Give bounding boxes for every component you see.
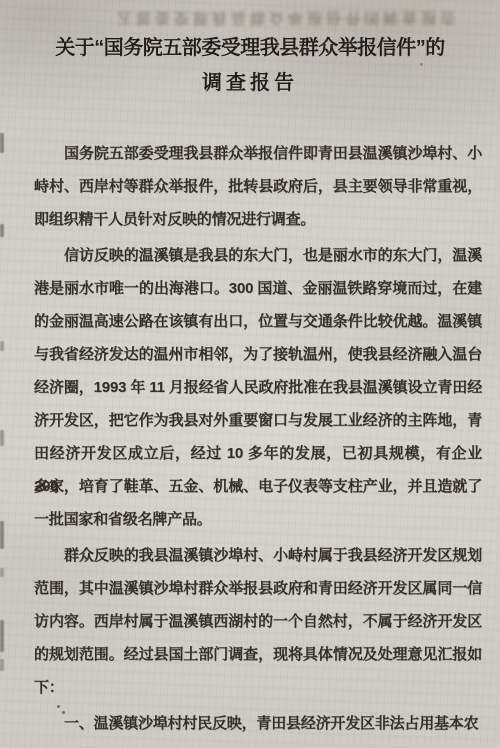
text-line: 即组织精干人员针对反映的情况进行调查。 xyxy=(34,203,482,236)
text-line: 信访反映的温溪镇是我县的东大门，也是丽水市的东大门，温溪 xyxy=(34,239,482,272)
document-body: 国务院五部委受理我县群众举报信件即青田县温溪镇沙埠村、小 峙村、西岸村等群众举报… xyxy=(34,137,482,740)
paragraph-scope: 群众反映的我县温溪镇沙埠村、小峙村属于我县经济开发区规划 范围，其中温溪镇沙埠村… xyxy=(34,539,482,704)
text-line: 田经济开发区成立后，经过 10 多年的发展，已初具规模，有企业 200 xyxy=(34,437,482,470)
scan-edge-artifact xyxy=(0,568,4,577)
ink-bleedthrough-smudge: 告报查调的件信报举众群县我理受委部五 xyxy=(88,0,480,32)
scan-edge-artifact xyxy=(0,620,4,652)
text-line: 群众反映的我县温溪镇沙埠村、小峙村属于我县经济开发区规划 xyxy=(34,539,482,572)
text-line: 访内容。西岸村属于温溪镇西湖村的一个自然村，不属于经济开发区 xyxy=(34,605,482,638)
text-line: 一、温溪镇沙埠村村民反映，青田县经济开发区非法占用基本农 xyxy=(34,707,482,740)
text-line: 与我省经济发达的温州市相邻，为了接轨温州，使我县经济融入温台 xyxy=(34,338,482,371)
document-title-line-2: 调查报告 xyxy=(0,66,500,95)
scanned-page: 告报查调的件信报举众群县我理受委部五 关于“国务院五部委受理我县群众举报信件”的… xyxy=(0,0,500,748)
text-line: 多家，培育了鞋革、五金、机械、电子仪表等支柱产业，并且造就了 xyxy=(34,470,482,503)
scan-edge-artifact xyxy=(0,341,4,351)
text-line: 峙村、西岸村等群众举报件，批转县政府后，县主要领导非常重视， xyxy=(34,170,482,203)
text-line: 的规划范围。经过县国土部门调查，现将具体情况及处理意见汇报如 xyxy=(34,638,482,671)
text-line: 一批国家和省级名牌产品。 xyxy=(34,503,482,536)
text-line: 范围，其中温溪镇沙埠村群众举报县政府和青田经济开发区属同一信 xyxy=(34,572,482,605)
scan-edge-artifact xyxy=(0,133,4,153)
scan-edge-artifact xyxy=(0,659,4,671)
scan-edge-artifact xyxy=(0,430,4,446)
document-title-line-1: 关于“国务院五部委受理我县群众举报信件”的 xyxy=(0,31,500,60)
paragraph-intro: 国务院五部委受理我县群众举报信件即青田县温溪镇沙埠村、小 峙村、西岸村等群众举报… xyxy=(34,137,482,236)
scan-edge-artifact xyxy=(0,521,4,549)
text-line: 下： xyxy=(34,671,482,704)
paragraph-background: 信访反映的温溪镇是我县的东大门，也是丽水市的东大门，温溪 港是丽水市唯一的出海港… xyxy=(34,239,482,536)
scan-edge-artifact xyxy=(0,224,4,237)
paragraph-item-one: 一、温溪镇沙埠村村民反映，青田县经济开发区非法占用基本农 xyxy=(34,707,482,740)
text-line: 港是丽水市唯一的出海港口。300 国道、金丽温铁路穿境而过，在建 xyxy=(34,272,482,305)
text-line: 的金丽温高速公路在该镇有出口，位置与交通条件比较优越。温溪镇 xyxy=(34,305,482,338)
text-line: 经济圈，1993 年 11 月报经省人民政府批准在我县温溪镇设立青田经 xyxy=(34,371,482,404)
text-line: 国务院五部委受理我县群众举报信件即青田县温溪镇沙埠村、小 xyxy=(34,137,482,170)
text-line: 济开发区，把它作为我县对外重要窗口与发展工业经济的主阵地，青 xyxy=(34,404,482,437)
